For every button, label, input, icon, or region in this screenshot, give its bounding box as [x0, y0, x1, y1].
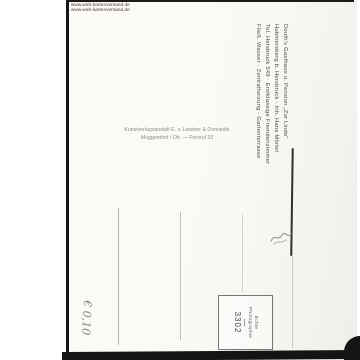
stamp-box-text: Echte Photographie 3302	[219, 296, 272, 349]
pencil-squiggle	[269, 228, 293, 248]
postcard-paper	[68, 0, 357, 353]
watermark: www.web-kartenversand.de www.web-kartenv…	[71, 2, 130, 13]
address-rule-line	[180, 212, 181, 340]
watermark-line: www.web-kartenversand.de	[71, 7, 130, 12]
pencil-price: € 0,10	[64, 299, 94, 351]
stamp-box: Echte Photographie 3302	[218, 295, 273, 350]
publisher-credit: Kunstverlagsanstalt E. v. Leistner & Osm…	[108, 127, 246, 142]
publisher-line-2: Muggendorf / Ofr. — Fernruf 33	[108, 135, 246, 143]
stamp-box-line-1: Echte	[253, 316, 259, 329]
scan-edge-bottom	[62, 350, 360, 360]
stamp-box-divider	[244, 319, 245, 326]
publisher-line-1: Kunstverlagsanstalt E. v. Leistner & Osm…	[108, 127, 246, 135]
stamp-box-line-2: Photographie	[247, 307, 253, 338]
advert-text: Douth's Gasthaus u. Pension „Zur Linde“ …	[251, 24, 289, 168]
advert-line-4: Fließ. Wasser · Zentralheizung · Gartent…	[253, 24, 262, 168]
advert-line-1: Douth's Gasthaus u. Pension „Zur Linde“	[280, 24, 289, 168]
crease-line-faint	[292, 256, 293, 348]
pencil-price-text: € 0,10	[61, 299, 94, 352]
stamp-box-number: 3302	[233, 312, 242, 334]
address-rule-line	[242, 214, 243, 292]
address-rule-line	[118, 208, 119, 345]
postcard-scan: www.web-kartenversand.de www.web-kartenv…	[0, 0, 360, 360]
advert-line-3: Tel. Hersbruck 549 · Erstklassige Fremde…	[262, 24, 271, 168]
advert-block: Douth's Gasthaus u. Pension „Zur Linde“ …	[251, 24, 289, 168]
advert-line-2: Hubmersberg b. Hersbruck · Inh. Hans Mör…	[271, 24, 280, 168]
